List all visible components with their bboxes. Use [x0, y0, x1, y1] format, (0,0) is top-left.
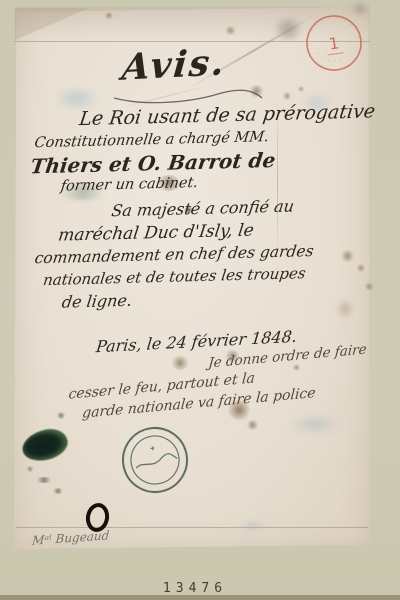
red-circular-stamp: · · · · · · · · · · · · · · · · · 1: [293, 2, 374, 83]
body-line: maréchal Duc d'Isly, le: [57, 219, 369, 246]
green-circular-stamp: · · · · · · · · · · · · · · ·: [105, 410, 205, 510]
body-line: nationales et de toutes les troupes: [42, 264, 370, 289]
announcement-body: Le Roi usant de sa prérogative Constitut…: [27, 102, 368, 313]
scanned-document-page: Avis. Le Roi usant de sa prérogative Con…: [0, 0, 400, 600]
body-line: Sa majesté a confié au: [110, 196, 368, 221]
catalog-number: 13476: [130, 581, 260, 596]
body-line: commandement en chef des gardes: [34, 242, 370, 268]
document-title: Avis.: [120, 41, 227, 89]
mat-bottom-edge: [0, 595, 400, 600]
stamp-center-number: 1: [328, 33, 341, 53]
